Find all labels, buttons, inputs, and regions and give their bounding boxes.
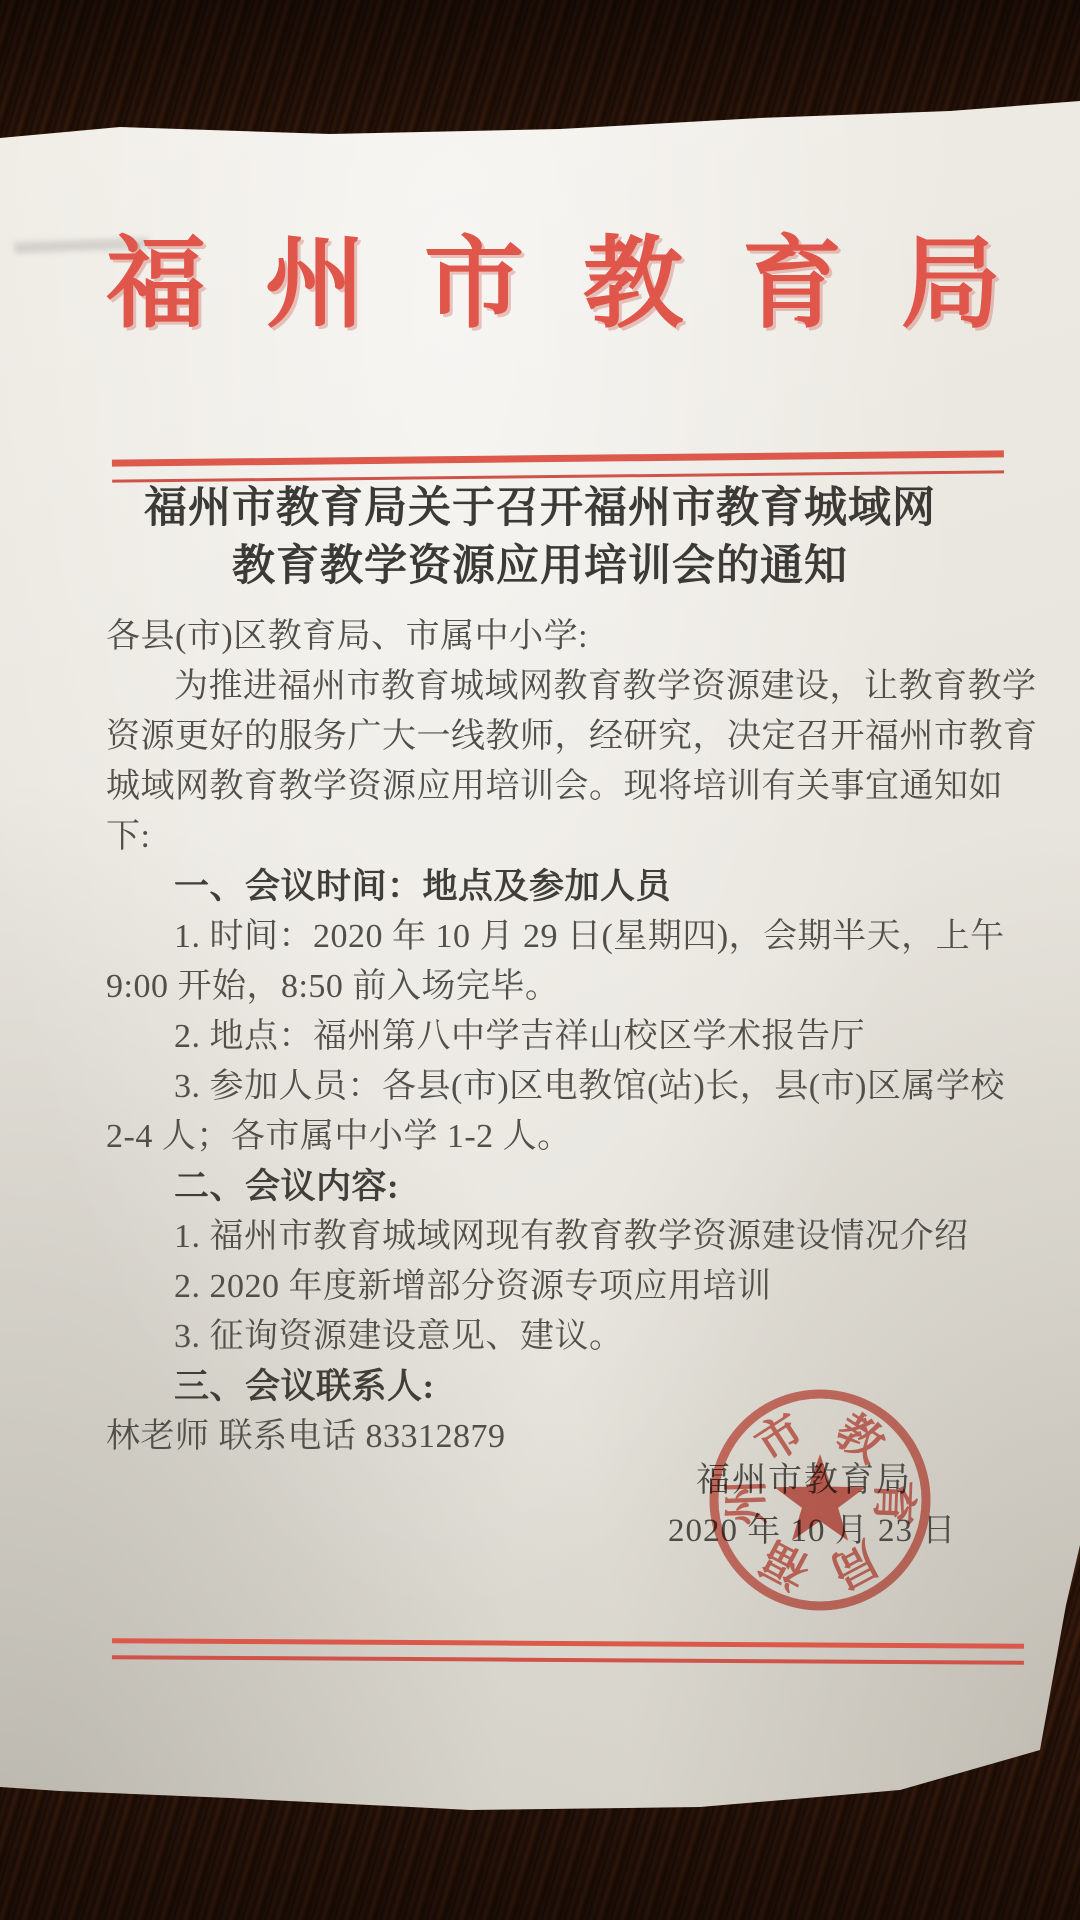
body-line: 2. 地点：福州第八中学吉祥山校区学术报告厅 <box>106 1012 992 1062</box>
body-line: 3. 征询资源建设意见、建议。 <box>106 1312 992 1362</box>
body-line: 各县(市)区教育局、市属中小学: <box>106 612 992 662</box>
agency-letterhead: 福州市教育局 <box>106 230 1080 340</box>
body-line: 2-4 人；各市属中小学 1-2 人。 <box>106 1112 992 1162</box>
notice-body: 各县(市)区教育局、市属中小学:为推进福州市教育城域网教育教学资源建设，让教育教… <box>106 612 992 1462</box>
official-seal-stamp: 福州市教育局 <box>690 1370 950 1630</box>
body-line: 2. 2020 年度新增部分资源专项应用培训 <box>106 1262 992 1312</box>
footer-divider-line <box>112 1638 1024 1665</box>
body-line: 二、会议内容: <box>106 1162 992 1212</box>
body-line: 1. 时间：2020 年 10 月 29 日(星期四)，会期半天，上午 <box>106 912 992 962</box>
body-line: 资源更好的服务广大一线教师，经研究，决定召开福州市教育 <box>106 712 992 762</box>
seal-ring-char: 州 <box>720 1479 773 1527</box>
body-line: 9:00 开始，8:50 前入场完毕。 <box>106 962 992 1012</box>
star-icon <box>774 1454 865 1541</box>
body-line: 一、会议时间：地点及参加人员 <box>106 862 992 912</box>
photo-scene: 福州市教育局 福州市教育局关于召开福州市教育城域网 教育教学资源应用培训会的通知… <box>0 0 1080 1920</box>
document-paper: 福州市教育局 福州市教育局关于召开福州市教育城域网 教育教学资源应用培训会的通知… <box>0 0 1080 1920</box>
body-line: 城域网教育教学资源应用培训会。现将培训有关事宜通知如 <box>106 762 992 812</box>
body-line: 3. 参加人员：各县(市)区电教馆(站)长，县(市)区属学校 <box>106 1062 992 1112</box>
notice-title: 福州市教育局关于召开福州市教育城域网 教育教学资源应用培训会的通知 <box>70 480 1010 596</box>
body-line: 为推进福州市教育城域网教育教学资源建设，让教育教学 <box>106 662 992 712</box>
seal-ring-char: 育 <box>867 1479 920 1527</box>
notice-title-line1: 福州市教育局关于召开福州市教育城域网 <box>70 480 1010 538</box>
body-line: 下: <box>106 812 992 862</box>
body-line: 1. 福州市教育城域网现有教育教学资源建设情况介绍 <box>106 1212 992 1262</box>
letterhead-divider-line <box>112 450 1004 482</box>
notice-title-line2: 教育教学资源应用培训会的通知 <box>70 538 1010 596</box>
